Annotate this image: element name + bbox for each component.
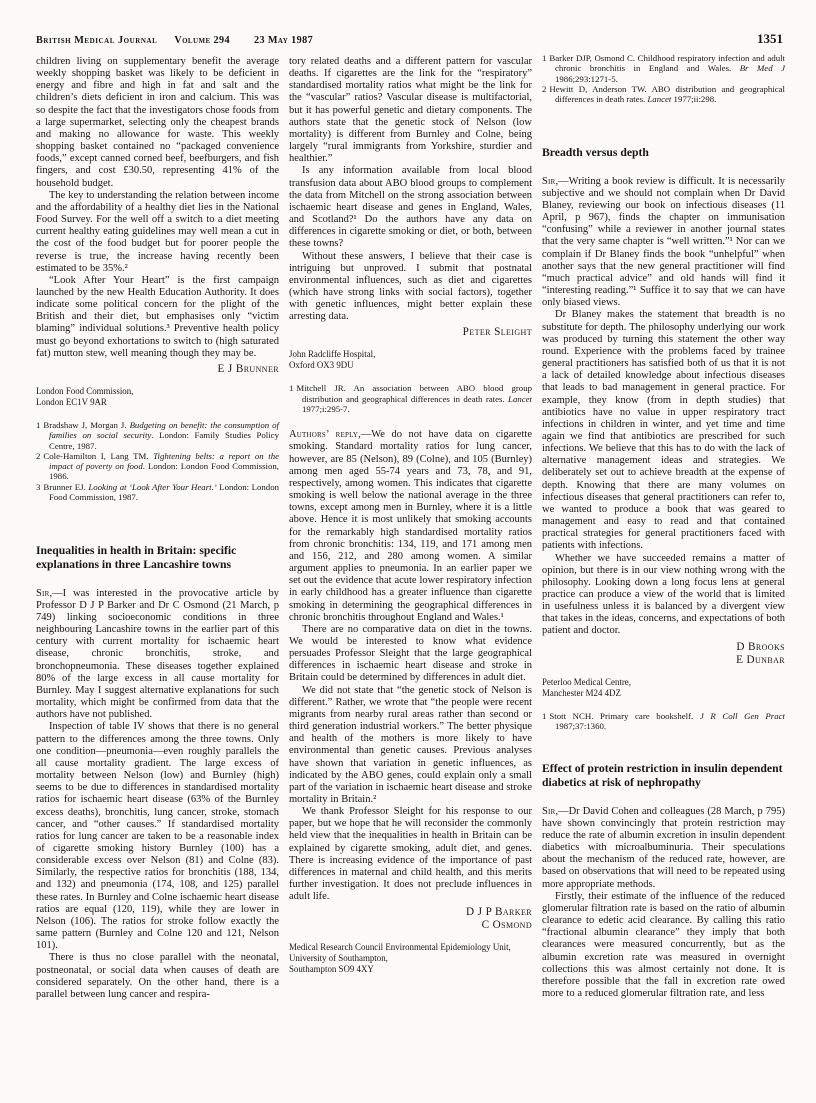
correspondence-address: John Radcliffe Hospital, Oxford OX3 9DU bbox=[289, 349, 532, 371]
column-2: tory related deaths and a different patt… bbox=[289, 56, 532, 1001]
reference: 2Cole-Hamilton I, Lang TM. Tightening be… bbox=[36, 451, 279, 482]
body-paragraph: Firstly, their estimate of the influence… bbox=[542, 891, 785, 1000]
reference-number: 1 bbox=[289, 383, 293, 393]
body-paragraph: Inspection of table IV shows that there … bbox=[36, 721, 279, 952]
reference-number: 3 bbox=[36, 482, 40, 492]
page-header: British Medical Journal Volume 294 23 Ma… bbox=[36, 31, 783, 47]
paragraph-text: ,—Dr David Cohen and colleagues (28 Marc… bbox=[542, 806, 785, 890]
body-paragraph: There is thus no close parallel with the… bbox=[36, 952, 279, 1001]
reference-text: 1977;ii:298. bbox=[671, 94, 716, 104]
journal-page: British Medical Journal Volume 294 23 Ma… bbox=[0, 0, 816, 1103]
reference: 1Bradshaw J, Morgan J. Budgeting on bene… bbox=[36, 420, 279, 451]
body-paragraph: There are no comparative data on diet in… bbox=[289, 624, 532, 685]
reference-text: Brunner EJ. bbox=[43, 482, 88, 492]
reference-text: 1987;37:1360. bbox=[555, 721, 606, 731]
reference: 1Mitchell JR. An association between ABO… bbox=[289, 383, 532, 414]
correspondence-address: Medical Research Council Environmental E… bbox=[289, 942, 532, 975]
reference-number: 1 bbox=[542, 53, 546, 63]
reference: 3Brunner EJ. Looking at ‘Look After Your… bbox=[36, 482, 279, 503]
correspondence-address: London Food Commission, London EC1V 9AR bbox=[36, 386, 279, 408]
reference-text: 1986;293:1271-5. bbox=[555, 74, 618, 84]
signature: Peter Sleight bbox=[289, 326, 532, 339]
journal-title: British Medical Journal bbox=[36, 35, 157, 46]
reference-title-italic: Br Med J bbox=[740, 63, 785, 73]
reference-text: Bradshaw J, Morgan J. bbox=[43, 420, 129, 430]
signature: D J P Barker bbox=[289, 906, 532, 919]
body-paragraph: We thank Professor Sleight for his respo… bbox=[289, 806, 532, 903]
reference-list: 1Stott NCH. Primary care bookshelf. J R … bbox=[542, 711, 785, 732]
body-paragraph: Sir,—Dr David Cohen and colleagues (28 M… bbox=[542, 806, 785, 891]
paragraph-text: ,—Writing a book review is difficult. It… bbox=[542, 176, 785, 309]
reference-title-italic: Lancet bbox=[508, 394, 532, 404]
reference-number: 1 bbox=[542, 711, 546, 721]
signature: E J Brunner bbox=[36, 363, 279, 376]
body-paragraph: Is any information available from local … bbox=[289, 165, 532, 250]
body-paragraph: “Look After Your Heart” is the first cam… bbox=[36, 275, 279, 360]
salutation-sir: Sir bbox=[36, 588, 49, 599]
paragraph-text: ,—We do not have data on cigarette smoki… bbox=[289, 429, 532, 622]
signature: C Osmond bbox=[289, 919, 532, 932]
salutation-sir: Sir bbox=[542, 176, 555, 187]
reference-title-italic: Looking at ‘Look After Your Heart.’ bbox=[88, 482, 216, 492]
body-paragraph: children living on supplementary benefit… bbox=[36, 56, 279, 190]
reference-list: 1Barker DJP, Osmond C. Childhood respira… bbox=[542, 53, 785, 104]
reference-number: 2 bbox=[542, 84, 546, 94]
reference-text: 1977;i:295-7. bbox=[302, 404, 350, 414]
masthead-left: British Medical Journal Volume 294 23 Ma… bbox=[36, 35, 313, 46]
body-paragraph: We did not state that “the genetic stock… bbox=[289, 685, 532, 807]
body-paragraph: Without these answers, I believe that th… bbox=[289, 251, 532, 324]
reference-number: 1 bbox=[36, 420, 40, 430]
reference-title-italic: Lancet bbox=[647, 94, 671, 104]
body-paragraph: tory related deaths and a different patt… bbox=[289, 56, 532, 165]
text-columns: children living on supplementary benefit… bbox=[36, 56, 785, 1001]
reference-number: 2 bbox=[36, 451, 40, 461]
journal-issue-date: 23 May 1987 bbox=[254, 35, 313, 46]
authors-reply-lead: Authors’ reply bbox=[289, 429, 358, 440]
letter-heading-breadth-versus-depth: Breadth versus depth bbox=[542, 146, 785, 160]
correspondence-address: Peterloo Medical Centre, Manchester M24 … bbox=[542, 677, 785, 699]
paragraph-text: ,—I was interested in the provocative ar… bbox=[36, 588, 279, 721]
signature: E Dunbar bbox=[542, 654, 785, 667]
body-paragraph: Sir,—I was interested in the provocative… bbox=[36, 588, 279, 722]
column-1: children living on supplementary benefit… bbox=[36, 56, 279, 1001]
body-paragraph: Dr Blaney makes the statement that bread… bbox=[542, 309, 785, 552]
body-paragraph: Whether we have succeeded remains a matt… bbox=[542, 553, 785, 638]
reference: 2Hewitt D, Anderson TW. ABO distribution… bbox=[542, 84, 785, 105]
reference-text: Stott NCH. Primary care bookshelf. bbox=[549, 711, 699, 721]
column-3: 1Barker DJP, Osmond C. Childhood respira… bbox=[542, 56, 785, 1001]
letter-heading-protein-restriction: Effect of protein restriction in insulin… bbox=[542, 762, 785, 790]
journal-volume: Volume 294 bbox=[174, 35, 230, 46]
body-paragraph: The key to understanding the relation be… bbox=[36, 190, 279, 275]
reference-text: Cole-Hamilton I, Lang TM. bbox=[43, 451, 153, 461]
page-number: 1351 bbox=[757, 31, 783, 47]
salutation-sir: Sir bbox=[542, 806, 555, 817]
reference-list: 1Mitchell JR. An association between ABO… bbox=[289, 383, 532, 414]
reference-text: Mitchell JR. An association between ABO … bbox=[296, 383, 532, 403]
reference: 1Stott NCH. Primary care bookshelf. J R … bbox=[542, 711, 785, 732]
letter-heading-inequalities: Inequalities in health in Britain: speci… bbox=[36, 544, 279, 572]
reference: 1Barker DJP, Osmond C. Childhood respira… bbox=[542, 53, 785, 84]
authors-reply-paragraph: Authors’ reply,—We do not have data on c… bbox=[289, 429, 532, 624]
reference-title-italic: J R Coll Gen Pract bbox=[700, 711, 785, 721]
signature: D Brooks bbox=[542, 641, 785, 654]
body-paragraph: Sir,—Writing a book review is difficult.… bbox=[542, 176, 785, 310]
reference-list: 1Bradshaw J, Morgan J. Budgeting on bene… bbox=[36, 420, 279, 502]
